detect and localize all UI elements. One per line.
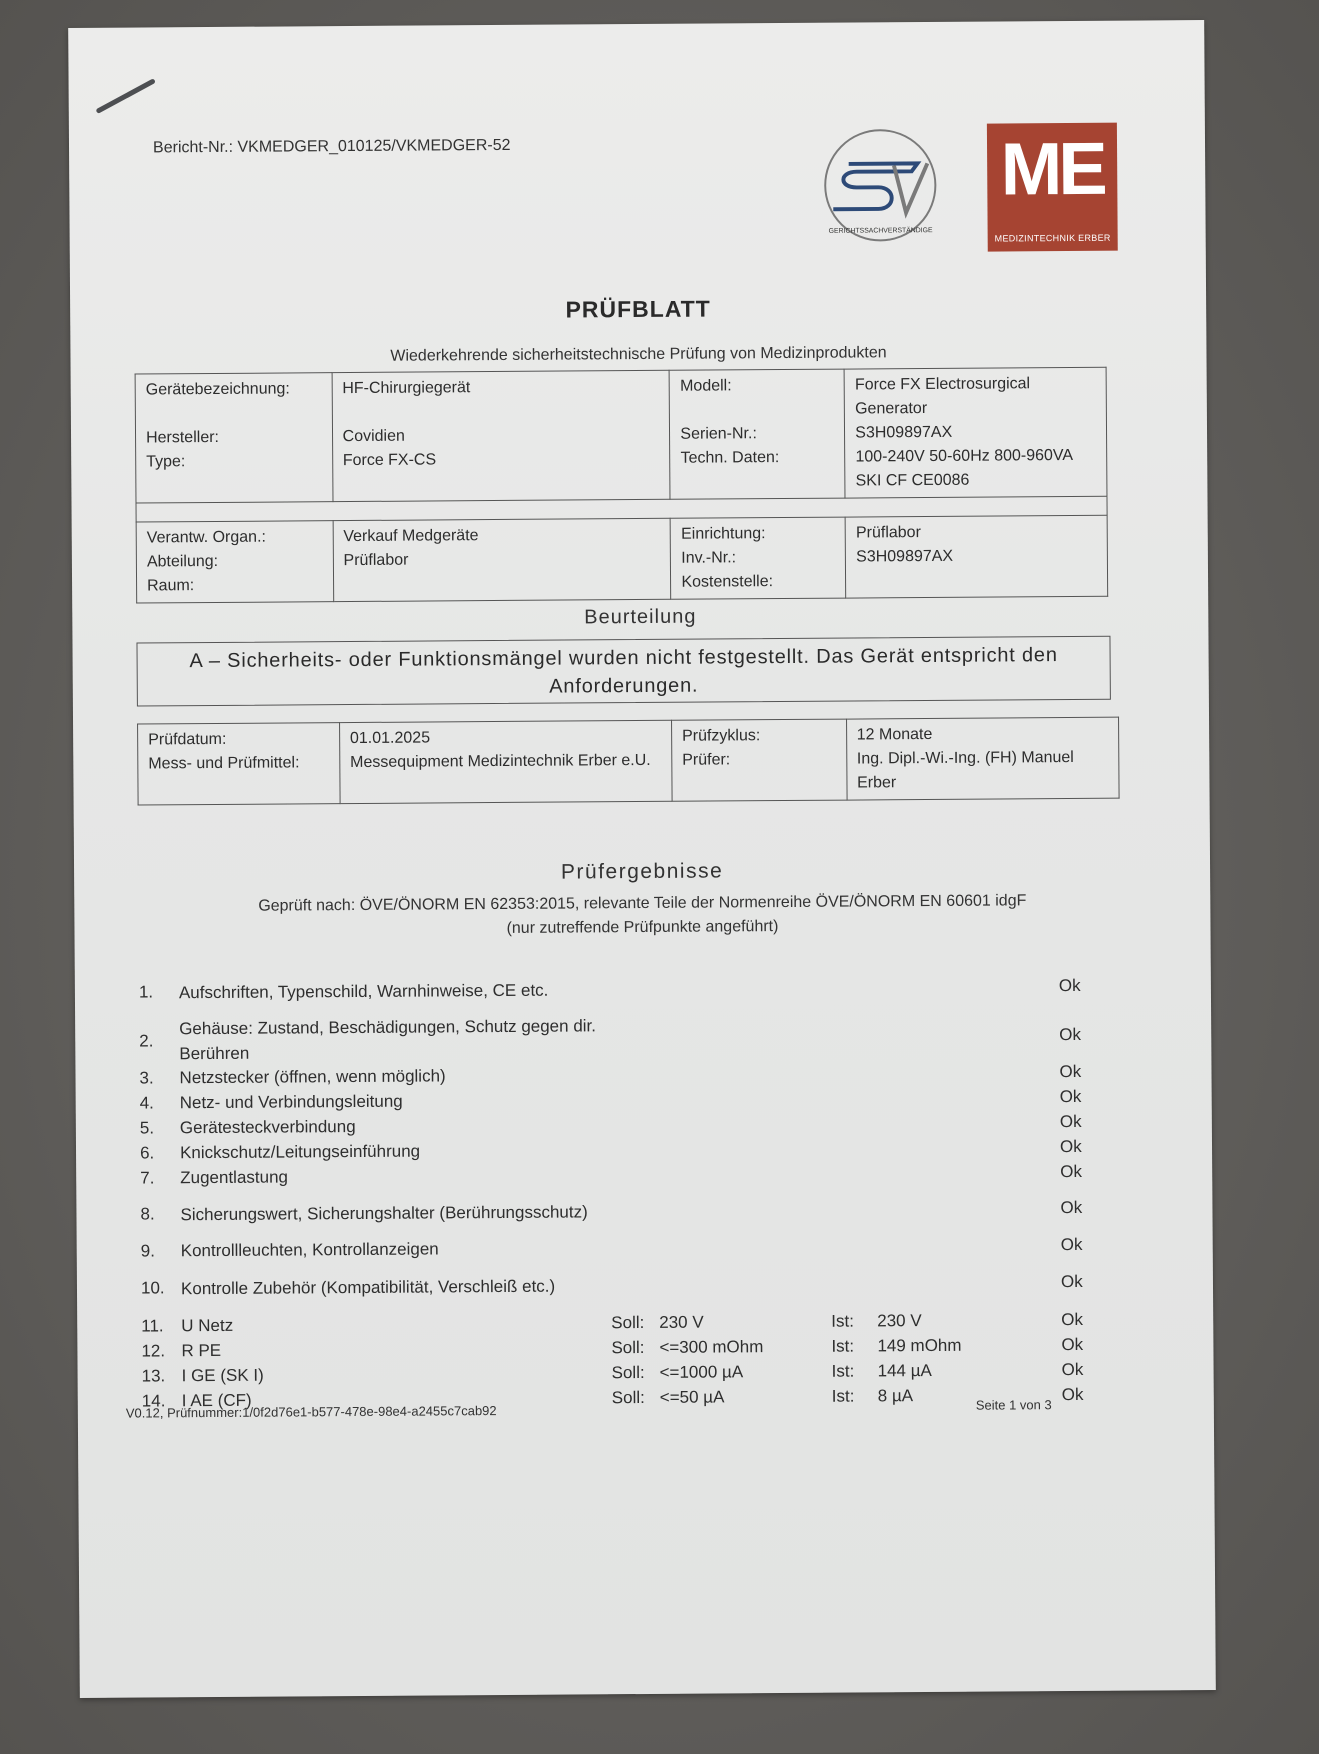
item-result: Ok bbox=[1061, 1309, 1083, 1329]
me-logo-letters: ME bbox=[987, 129, 1118, 210]
label-inv-no: Inv.-Nr.: bbox=[681, 546, 835, 571]
item-number: 8. bbox=[140, 1204, 180, 1224]
soll-label: Soll: bbox=[611, 1312, 644, 1332]
item-result: Ok bbox=[1061, 1272, 1083, 1292]
label-test-date: Prüfdatum: bbox=[148, 727, 329, 752]
item-number: 7. bbox=[140, 1168, 180, 1188]
item-result: Ok bbox=[1060, 1086, 1082, 1106]
value-cycle: 12 Monate bbox=[857, 722, 1109, 748]
item-result: Ok bbox=[1061, 1334, 1083, 1354]
item-label: Gehäuse: Zustand, Beschädigungen, Schutz… bbox=[179, 1013, 619, 1066]
device-table: Gerätebezeichnung: Hersteller: Type: HF-… bbox=[135, 367, 1109, 604]
org-values-left: Verkauf Medgeräte Prüflabor bbox=[333, 518, 671, 601]
item-number: 3. bbox=[139, 1068, 179, 1088]
value-equipment: Messequipment Medizintechnik Erber e.U. bbox=[350, 749, 661, 775]
label-facility: Einrichtung: bbox=[681, 522, 835, 547]
soll-value: <=1000 µA bbox=[660, 1362, 744, 1383]
ist-label: Ist: bbox=[832, 1386, 855, 1406]
soll-value: <=50 µA bbox=[660, 1387, 725, 1407]
item-number: 12. bbox=[141, 1341, 181, 1361]
assessment-verdict: A – Sicherheits- oder Funktionsmängel wu… bbox=[136, 636, 1110, 707]
soll-label: Soll: bbox=[611, 1337, 644, 1357]
org-labels-right: Einrichtung: Inv.-Nr.: Kostenstelle: bbox=[670, 517, 845, 599]
item-label: Sicherungswert, Sicherungshalter (Berühr… bbox=[180, 1199, 620, 1227]
test-info-labels-left: Prüfdatum: Mess- und Prüfmittel: bbox=[138, 723, 340, 805]
label-cost-center: Kostenstelle: bbox=[681, 570, 835, 595]
device-values-right: Force FX Electrosurgical Generator S3H09… bbox=[844, 367, 1107, 498]
item-number: 13. bbox=[142, 1366, 182, 1386]
value-inspector: Ing. Dipl.-Wi.-Ing. (FH) Manuel Erber bbox=[857, 746, 1109, 796]
footer-page-number: Seite 1 von 3 bbox=[976, 1397, 1052, 1413]
item-number: 11. bbox=[141, 1316, 181, 1336]
item-result: Ok bbox=[1061, 1234, 1083, 1254]
org-labels-left: Verantw. Organ.: Abteilung: Raum: bbox=[136, 521, 333, 603]
item-label: Gerätesteckverbindung bbox=[180, 1112, 620, 1140]
label-organ: Verantw. Organ.: bbox=[147, 525, 323, 550]
label-cycle: Prüfzyklus: bbox=[682, 724, 836, 749]
item-label: Zugentlastung bbox=[180, 1162, 620, 1190]
value-device-name: HF-Chirurgiegerät bbox=[342, 375, 659, 401]
item-result: Ok bbox=[1062, 1359, 1084, 1379]
item-label: Netz- und Verbindungsleitung bbox=[180, 1087, 620, 1115]
item-number: 4. bbox=[140, 1093, 180, 1113]
device-row: Gerätebezeichnung: Hersteller: Type: HF-… bbox=[135, 367, 1107, 503]
results-heading: Prüfergebnisse bbox=[74, 856, 1210, 888]
item-label: I GE (SK I) bbox=[182, 1360, 622, 1388]
label-equipment: Mess- und Prüfmittel: bbox=[148, 751, 329, 776]
value-serial: S3H09897AX bbox=[855, 420, 1096, 446]
org-row: Verantw. Organ.: Abteilung: Raum: Verkau… bbox=[136, 515, 1108, 603]
footer-test-number: V0.12, Prüfnummer:1/0f2d76e1-b577-478e-9… bbox=[126, 1403, 497, 1421]
item-result: Ok bbox=[1062, 1384, 1084, 1404]
item-result: Ok bbox=[1060, 1161, 1082, 1181]
item-label: Kontrollleuchten, Kontrollanzeigen bbox=[181, 1235, 621, 1263]
test-info-labels-right: Prüfzyklus: Prüfer: bbox=[671, 719, 846, 801]
me-logo-subtitle: MEDIZINTECHNIK ERBER bbox=[988, 233, 1118, 244]
value-test-date: 01.01.2025 bbox=[350, 725, 661, 751]
staple bbox=[95, 78, 155, 114]
item-number: 6. bbox=[140, 1143, 180, 1163]
test-info-values-left: 01.01.2025 Messequipment Medizintechnik … bbox=[339, 720, 672, 803]
ist-value: 144 µA bbox=[878, 1360, 932, 1380]
value-inv-no: S3H09897AX bbox=[856, 544, 1097, 570]
label-type: Type: bbox=[146, 449, 322, 474]
page-subtitle: Wiederkehrende sicherheitstechnische Prü… bbox=[70, 342, 1206, 368]
item-number: 5. bbox=[140, 1118, 180, 1138]
item-number: 9. bbox=[141, 1241, 181, 1261]
org-values-right: Prüflabor S3H09897AX bbox=[845, 515, 1107, 598]
ist-value: 230 V bbox=[877, 1311, 922, 1331]
label-device-name: Gerätebezeichnung: bbox=[146, 377, 322, 402]
device-labels-right: Modell: Serien-Nr.: Techn. Daten: bbox=[669, 369, 845, 499]
value-department: Prüflabor bbox=[343, 547, 660, 573]
label-manufacturer: Hersteller: bbox=[146, 425, 322, 450]
test-info-values-right: 12 Monate Ing. Dipl.-Wi.-Ing. (FH) Manue… bbox=[846, 717, 1119, 800]
label-tech-data: Techn. Daten: bbox=[680, 446, 834, 471]
value-tech-data: 100-240V 50-60Hz 800-960VA SKI CF CE0086 bbox=[855, 444, 1096, 494]
item-label: Knickschutz/Leitungseinführung bbox=[180, 1137, 620, 1165]
item-label: R PE bbox=[181, 1335, 621, 1363]
item-label: Aufschriften, Typenschild, Warnhinweise,… bbox=[179, 977, 619, 1005]
item-result: Ok bbox=[1059, 976, 1081, 996]
item-label: Kontrolle Zubehör (Kompatibilität, Versc… bbox=[181, 1273, 621, 1301]
item-result: Ok bbox=[1060, 1111, 1082, 1131]
me-logo: ME MEDIZINTECHNIK ERBER bbox=[987, 123, 1118, 252]
label-serial: Serien-Nr.: bbox=[680, 422, 834, 447]
result-item: 2.Gehäuse: Zustand, Beschädigungen, Schu… bbox=[139, 1011, 1139, 1066]
ist-value: 8 µA bbox=[878, 1386, 913, 1406]
device-labels-left: Gerätebezeichnung: Hersteller: Type: bbox=[135, 373, 332, 503]
label-department: Abteilung: bbox=[147, 549, 323, 574]
value-facility: Prüflabor bbox=[856, 520, 1097, 546]
value-organ: Verkauf Medgeräte bbox=[343, 523, 660, 549]
label-room: Raum: bbox=[147, 573, 323, 598]
ist-label: Ist: bbox=[831, 1336, 854, 1356]
page-title: PRÜFBLATT bbox=[70, 292, 1206, 327]
result-item: 8.Sicherungswert, Sicherungshalter (Berü… bbox=[140, 1184, 1140, 1239]
item-number: 1. bbox=[139, 982, 179, 1002]
value-model: Force FX Electrosurgical Generator bbox=[855, 372, 1096, 422]
item-result: Ok bbox=[1059, 1061, 1081, 1081]
assessment-heading: Beurteilung bbox=[72, 602, 1208, 633]
label-model: Modell: bbox=[680, 374, 834, 399]
soll-value: <=300 mOhm bbox=[659, 1337, 763, 1358]
label-inspector: Prüfer: bbox=[682, 748, 836, 773]
ist-label: Ist: bbox=[832, 1361, 855, 1381]
ist-label: Ist: bbox=[831, 1311, 854, 1331]
norm-reference: Geprüft nach: ÖVE/ÖNORM EN 62353:2015, r… bbox=[74, 888, 1210, 944]
results-list: 1.Aufschriften, Typenschild, Warnhinweis… bbox=[139, 961, 1142, 1414]
test-info-table: Prüfdatum: Mess- und Prüfmittel: 01.01.2… bbox=[137, 717, 1120, 806]
soll-label: Soll: bbox=[612, 1387, 645, 1407]
soll-value: 230 V bbox=[659, 1312, 704, 1332]
result-item: 1.Aufschriften, Typenschild, Warnhinweis… bbox=[139, 961, 1139, 1018]
item-label: Netzstecker (öffnen, wenn möglich) bbox=[179, 1062, 619, 1090]
item-result: Ok bbox=[1060, 1198, 1082, 1218]
result-item: 10.Kontrolle Zubehör (Kompatibilität, Ve… bbox=[141, 1257, 1141, 1314]
value-type: Force FX-CS bbox=[343, 447, 660, 473]
sv-logo-icon: GERICHTSSACHVERSTÄNDIGE bbox=[821, 126, 940, 245]
ist-value: 149 mOhm bbox=[877, 1335, 961, 1356]
soll-label: Soll: bbox=[612, 1362, 645, 1382]
report-number: Bericht-Nr.: VKMEDGER_010125/VKMEDGER-52 bbox=[153, 137, 511, 157]
device-values-left: HF-Chirurgiegerät Covidien Force FX-CS bbox=[332, 370, 671, 501]
item-number: 10. bbox=[141, 1278, 181, 1298]
item-result: Ok bbox=[1059, 1025, 1081, 1045]
document-page: Bericht-Nr.: VKMEDGER_010125/VKMEDGER-52… bbox=[68, 20, 1216, 1698]
svg-text:GERICHTSSACHVERSTÄNDIGE: GERICHTSSACHVERSTÄNDIGE bbox=[829, 226, 933, 235]
test-info-row: Prüfdatum: Mess- und Prüfmittel: 01.01.2… bbox=[138, 717, 1120, 805]
value-manufacturer: Covidien bbox=[343, 423, 660, 449]
item-result: Ok bbox=[1060, 1136, 1082, 1156]
item-label: U Netz bbox=[181, 1310, 621, 1338]
item-number: 2. bbox=[139, 1031, 179, 1051]
